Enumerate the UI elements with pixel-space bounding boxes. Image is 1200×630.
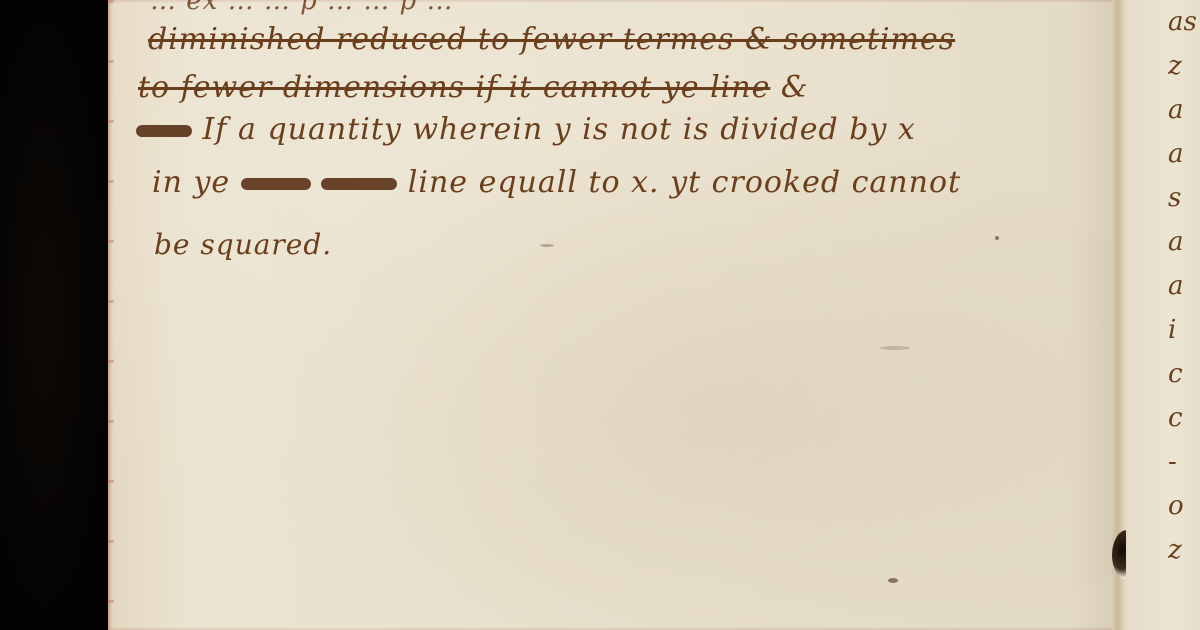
line-text: line equall to x. yt crooked cannot: [408, 165, 961, 200]
margin-letter: a: [1168, 264, 1200, 308]
ink-blot: [136, 125, 192, 137]
struck-text: to fewer dimensions if it cannot ye line: [138, 70, 770, 105]
margin-letter: o: [1168, 484, 1200, 528]
manuscript-photo: … ex … … p … … p … diminished reduced to…: [0, 0, 1200, 630]
struck-line-1: diminished reduced to fewer termes & som…: [148, 22, 955, 57]
ink-speck: [995, 236, 999, 240]
partial-top-line: … ex … … p … … p …: [150, 0, 453, 16]
struck-text: diminished reduced to fewer termes & som…: [148, 22, 955, 57]
struck-line-2: to fewer dimensions if it cannot ye line…: [138, 70, 809, 105]
text-line-5: be squared.: [154, 228, 332, 261]
faint-stain: [880, 346, 910, 350]
margin-letter: a: [1168, 88, 1200, 132]
margin-letter: c: [1168, 396, 1200, 440]
line-prefix: in ye: [152, 165, 230, 200]
text-line-4: in ye line equall to x. yt crooked canno…: [152, 165, 961, 200]
margin-letter: as: [1168, 0, 1200, 44]
ampersand: &: [781, 70, 809, 105]
line-text: If a quantity wherein y is not is divide…: [203, 112, 916, 147]
margin-letter: a: [1168, 220, 1200, 264]
margin-letter: i: [1168, 308, 1200, 352]
text-line-3: If a quantity wherein y is not is divide…: [136, 112, 916, 147]
ink-speck: [540, 244, 554, 247]
margin-letter: s: [1168, 176, 1200, 220]
ink-blot: [241, 178, 311, 190]
ink-speck: [888, 578, 898, 583]
margin-letter: -: [1168, 440, 1200, 484]
margin-letter: a: [1168, 132, 1200, 176]
margin-letter: c: [1168, 352, 1200, 396]
facing-page-text: as z a a s a a i c c - o z: [1168, 0, 1200, 630]
margin-letter: z: [1168, 528, 1200, 572]
margin-letter: z: [1168, 44, 1200, 88]
ink-blot: [321, 178, 397, 190]
dark-background: [0, 0, 110, 630]
